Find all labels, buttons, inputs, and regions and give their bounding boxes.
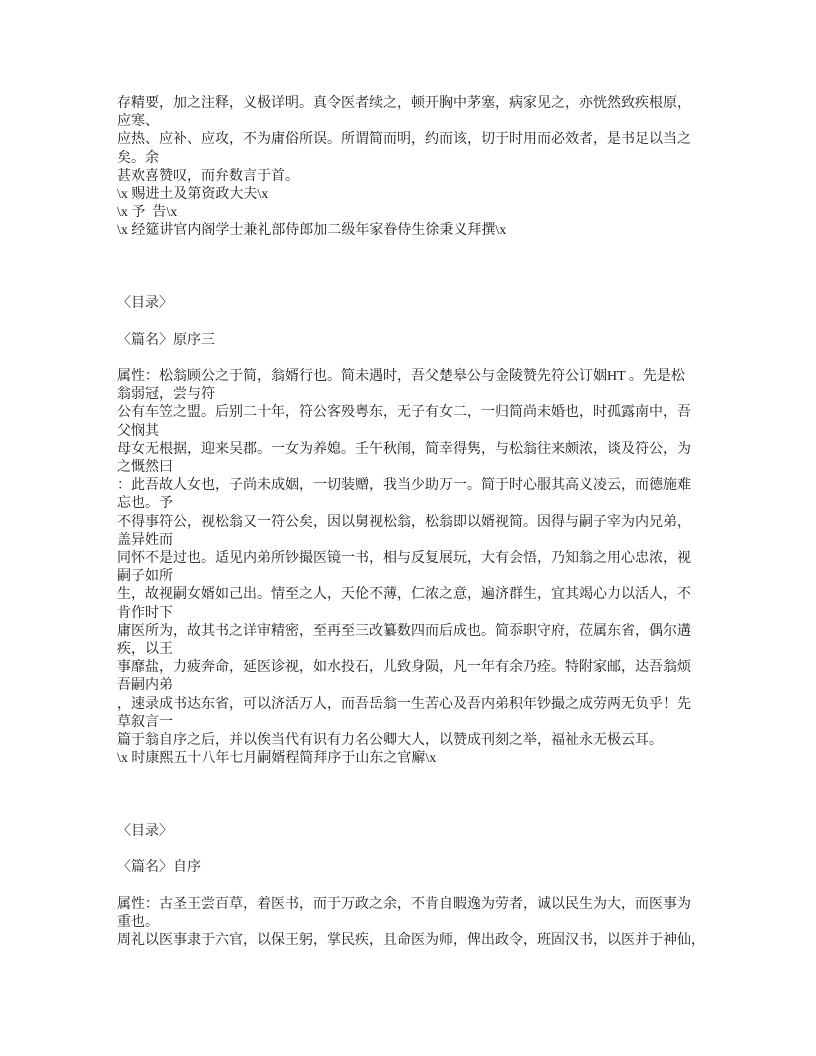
text-line: \x 赐进土及第资政大夫\x	[117, 186, 717, 204]
text-line: 之慨然曰	[117, 459, 717, 477]
text-line	[117, 241, 717, 259]
text-line: 盖异姓而	[117, 532, 717, 550]
text-line: 〈目录〉	[117, 823, 717, 841]
text-line	[117, 768, 717, 786]
text-line: 嗣子如所	[117, 568, 717, 586]
text-line: 〈篇名〉原序三	[117, 332, 717, 350]
text-line: 属性：松翁顾公之于简，翁婿行也。简未遇时，吾父楚皋公与金陵赞先符公订姻HT 。先…	[117, 368, 717, 386]
text-line: 周礼以医事隶于六官，以保王躬，掌民疾，且命医为师，俾出政令，班固汉书，以医并于神…	[117, 932, 717, 950]
text-line: 重也。	[117, 914, 717, 932]
text-line: \x 予 告\x	[117, 204, 717, 222]
text-line: 生，故视嗣女婿如己出。情至之人，天伦不薄，仁浓之意，遍济群生，宜其竭心力以活人，…	[117, 586, 717, 604]
text-block: 存精要，加之注释，义极详明。真令医者续之，顿开胸中茅塞，病家见之，亦恍然致疾根原…	[117, 95, 717, 950]
text-line: 庸医所为，故其书之详审精密，至再至三改纂数四而后成也。简忝职守府，莅属东省，偶尔…	[117, 623, 717, 641]
text-line: 母女无根据，迎来吴郡。一女为养媳。壬午秋闱，简幸得隽，与松翁往来颇浓，谈及符公，…	[117, 441, 717, 459]
text-line: \x 时康熙五十八年七月嗣婿程简拜序于山东之官廨\x	[117, 750, 717, 768]
text-line: \x 经筵讲官内阁学士兼礼部侍郎加二级年家眷侍生徐秉义拜撰\x	[117, 222, 717, 240]
text-line: 属性：古圣王尝百草，着医书，而于万政之余，不肯自暇逸为劳者，诚以民生为大，而医事…	[117, 896, 717, 914]
text-line: 矣。余	[117, 150, 717, 168]
text-line: 应寒、	[117, 113, 717, 131]
text-line: ，速录成书达东省，可以济活万人，而吾岳翁一生苦心及吾内弟积年钞撮之成劳两无负乎！…	[117, 696, 717, 714]
text-line: 翁弱冠，尝与符	[117, 386, 717, 404]
text-line	[117, 841, 717, 859]
text-line: ：此吾故人女也，子尚未成姻，一切装赠，我当少助万一。简于时心服其高义凌云，而德施…	[117, 477, 717, 495]
text-line	[117, 313, 717, 331]
document-page: 存精要，加之注释，义极详明。真令医者续之，顿开胸中茅塞，病家见之，亦恍然致疾根原…	[0, 0, 816, 1056]
text-line: 篇于翁自序之后，并以俟当代有识有力名公卿大人，以赞成刊刻之举，福祉永无极云耳。	[117, 732, 717, 750]
text-line: 应热、应补、应攻，不为庸俗所误。所谓简而明，约而该，切于时用而必效者，是书足以当…	[117, 131, 717, 149]
text-line: 〈篇名〉自序	[117, 859, 717, 877]
text-line	[117, 805, 717, 823]
text-line: 草叙言一	[117, 714, 717, 732]
text-line: 吾嗣内弟	[117, 677, 717, 695]
text-line: 父悯其	[117, 423, 717, 441]
text-line: 存精要，加之注释，义极详明。真令医者续之，顿开胸中茅塞，病家见之，亦恍然致疾根原…	[117, 95, 717, 113]
text-line: 忘也。予	[117, 495, 717, 513]
text-line	[117, 350, 717, 368]
text-line: 同怀不是过也。适见内弟所钞撮医镜一书，相与反复展玩，大有会悟，乃知翁之用心忠浓，…	[117, 550, 717, 568]
text-line: 事靡盐，力疲奔命，延医诊视，如水投石，儿致身陨，凡一年有余乃痊。特附家邮，达吾翁…	[117, 659, 717, 677]
text-line: 公有车笠之盟。后别二十年，符公客殁粤东，无子有女二，一归简尚未婚也，时孤露南中，…	[117, 404, 717, 422]
text-line: 甚欢喜赞叹，而弁数言于首。	[117, 168, 717, 186]
text-line	[117, 277, 717, 295]
text-line: 疾，以王	[117, 641, 717, 659]
text-line: 〈目录〉	[117, 295, 717, 313]
text-line	[117, 878, 717, 896]
text-line	[117, 787, 717, 805]
text-line: 肯作时下	[117, 605, 717, 623]
text-line: 不得事符公，视松翁又一符公矣，因以舅视松翁，松翁即以婿视简。因得与嗣子宰为内兄弟…	[117, 514, 717, 532]
text-line	[117, 259, 717, 277]
